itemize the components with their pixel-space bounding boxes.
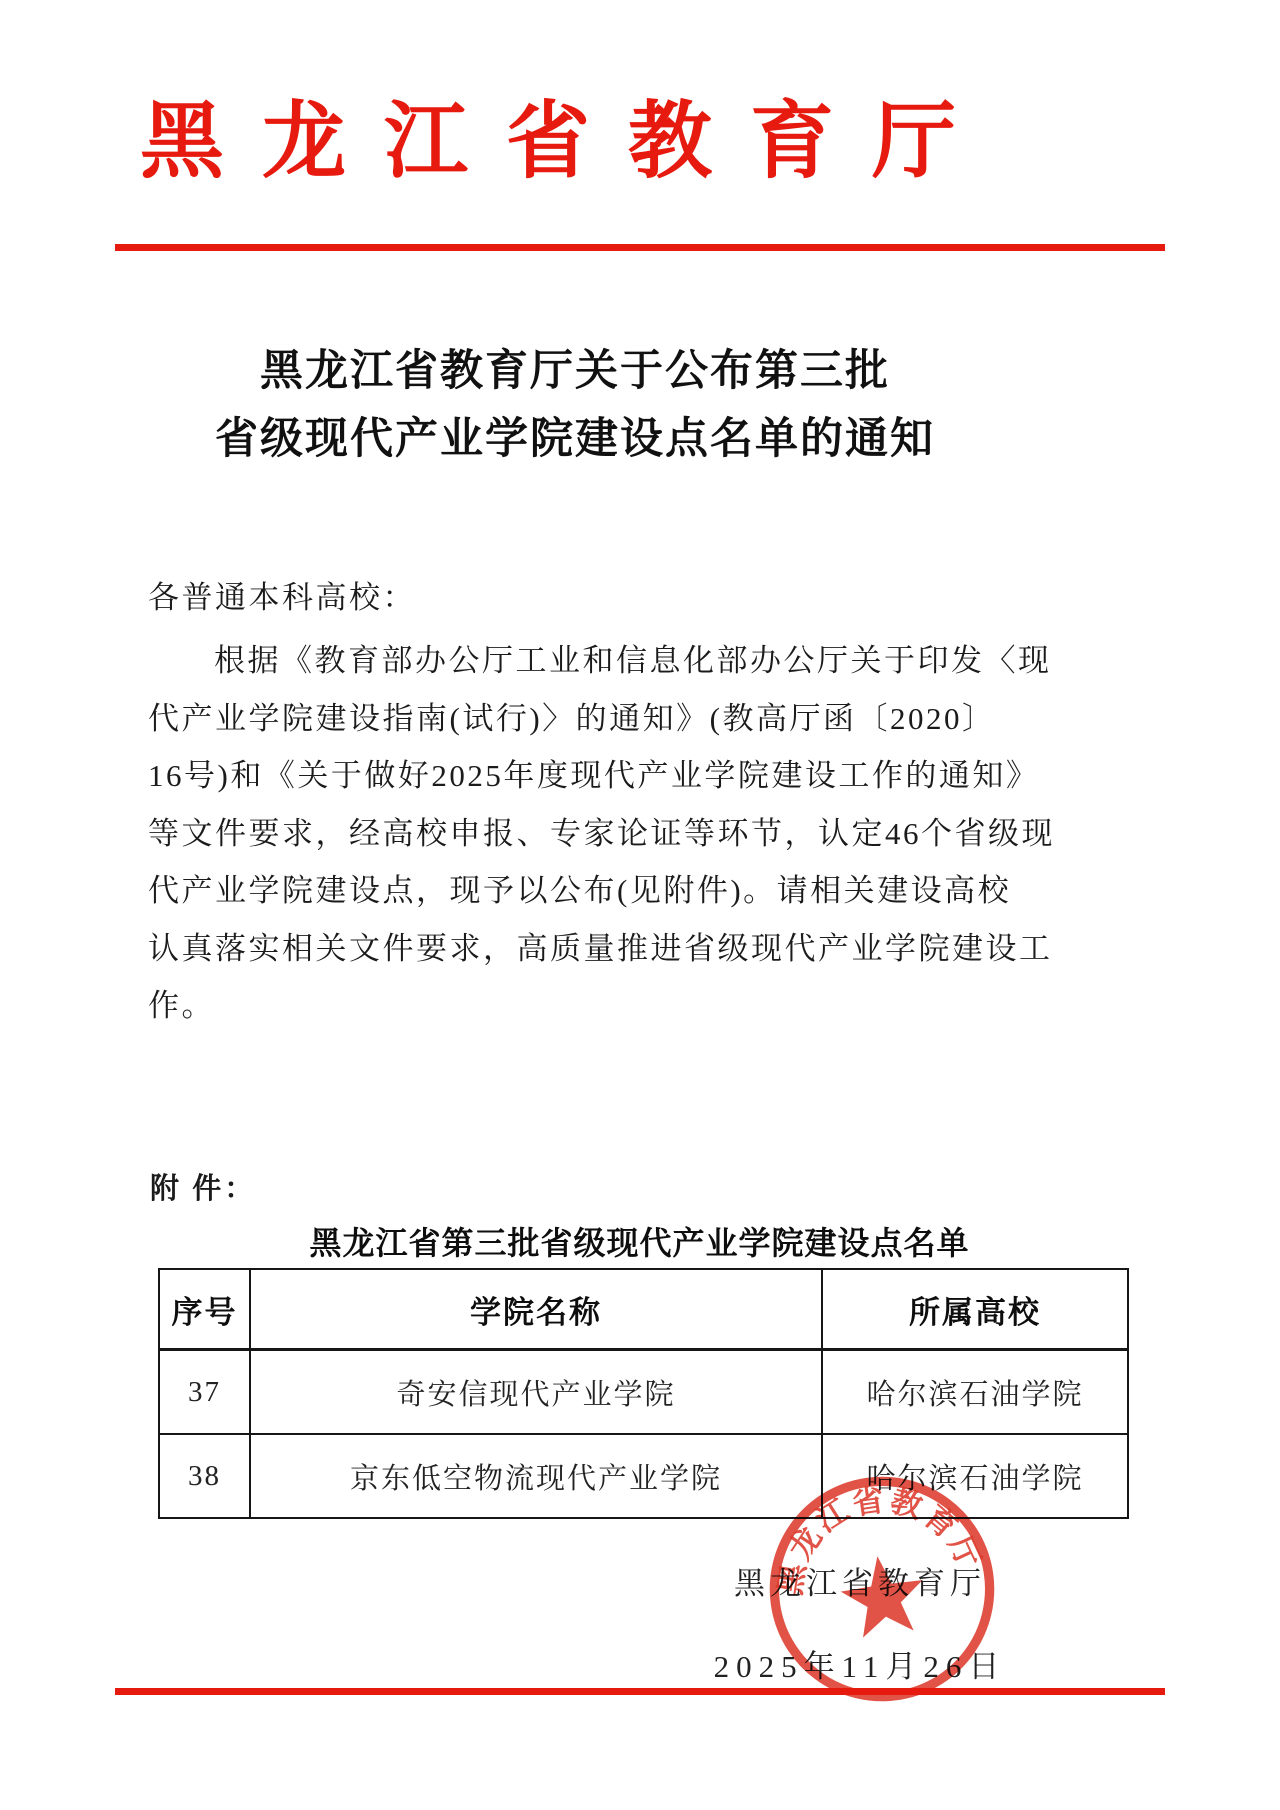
body-line: 16号)和《关于做好2025年度现代产业学院建设工作的通知》 [148,747,1055,805]
table-header-univ: 所属高校 [822,1269,1128,1350]
signature-block: 黑龙江省教育厅 2025年11月26日 [660,1558,1060,1686]
letterhead-agency-name: 黑龙江省教育厅 [140,74,994,195]
table-header-college: 学院名称 [250,1269,822,1350]
body-line: 等文件要求，经高校申报、专家论证等环节，认定46个省级现 [148,805,1055,863]
attachment-label: 附 件： [150,1166,256,1207]
body-line: 代产业学院建设点，现予以公布(见附件)。请相关建设高校 [148,862,1055,920]
cell-college: 奇安信现代产业学院 [250,1350,822,1435]
document-title: 黑龙江省教育厅关于公布第三批 省级现代产业学院建设点名单的通知 [0,338,1150,474]
table-row: 38 京东低空物流现代产业学院 哈尔滨石油学院 [159,1434,1128,1518]
salutation: 各普通本科高校： [148,572,416,617]
signature-date: 2025年11月26日 [660,1641,1060,1686]
table-header-row: 序号 学院名称 所属高校 [159,1269,1128,1350]
body-line: 作。 [148,977,1055,1035]
attachment-table-caption: 黑龙江省第三批省级现代产业学院建设点名单 [158,1218,1121,1264]
cell-univ: 哈尔滨石油学院 [822,1350,1128,1435]
body-line: 认真落实相关文件要求，高质量推进省级现代产业学院建设工 [148,920,1055,978]
cell-college: 京东低空物流现代产业学院 [250,1434,822,1518]
body-paragraph: 根据《教育部办公厅工业和信息化部办公厅关于印发〈现 代产业学院建设指南(试行)〉… [148,632,1055,1035]
body-line: 根据《教育部办公厅工业和信息化部办公厅关于印发〈现 [148,632,1055,690]
cell-seq: 38 [159,1434,250,1518]
cell-seq: 37 [159,1350,250,1435]
document-page: 黑龙江省教育厅 黑龙江省教育厅关于公布第三批 省级现代产业学院建设点名单的通知 … [0,0,1280,1810]
body-line: 代产业学院建设指南(试行)〉的通知》(教高厅函〔2020〕 [148,690,1055,748]
document-title-line1: 黑龙江省教育厅关于公布第三批 [0,338,1150,406]
attachment-table: 序号 学院名称 所属高校 37 奇安信现代产业学院 哈尔滨石油学院 38 京东低… [158,1268,1129,1519]
letterhead-red-rule [115,244,1165,251]
table-header-seq: 序号 [159,1269,250,1350]
signature-agency: 黑龙江省教育厅 [660,1558,1060,1603]
footer-red-rule [115,1688,1165,1695]
table-row: 37 奇安信现代产业学院 哈尔滨石油学院 [159,1350,1128,1435]
document-title-line2: 省级现代产业学院建设点名单的通知 [0,406,1150,474]
cell-univ: 哈尔滨石油学院 [822,1434,1128,1518]
